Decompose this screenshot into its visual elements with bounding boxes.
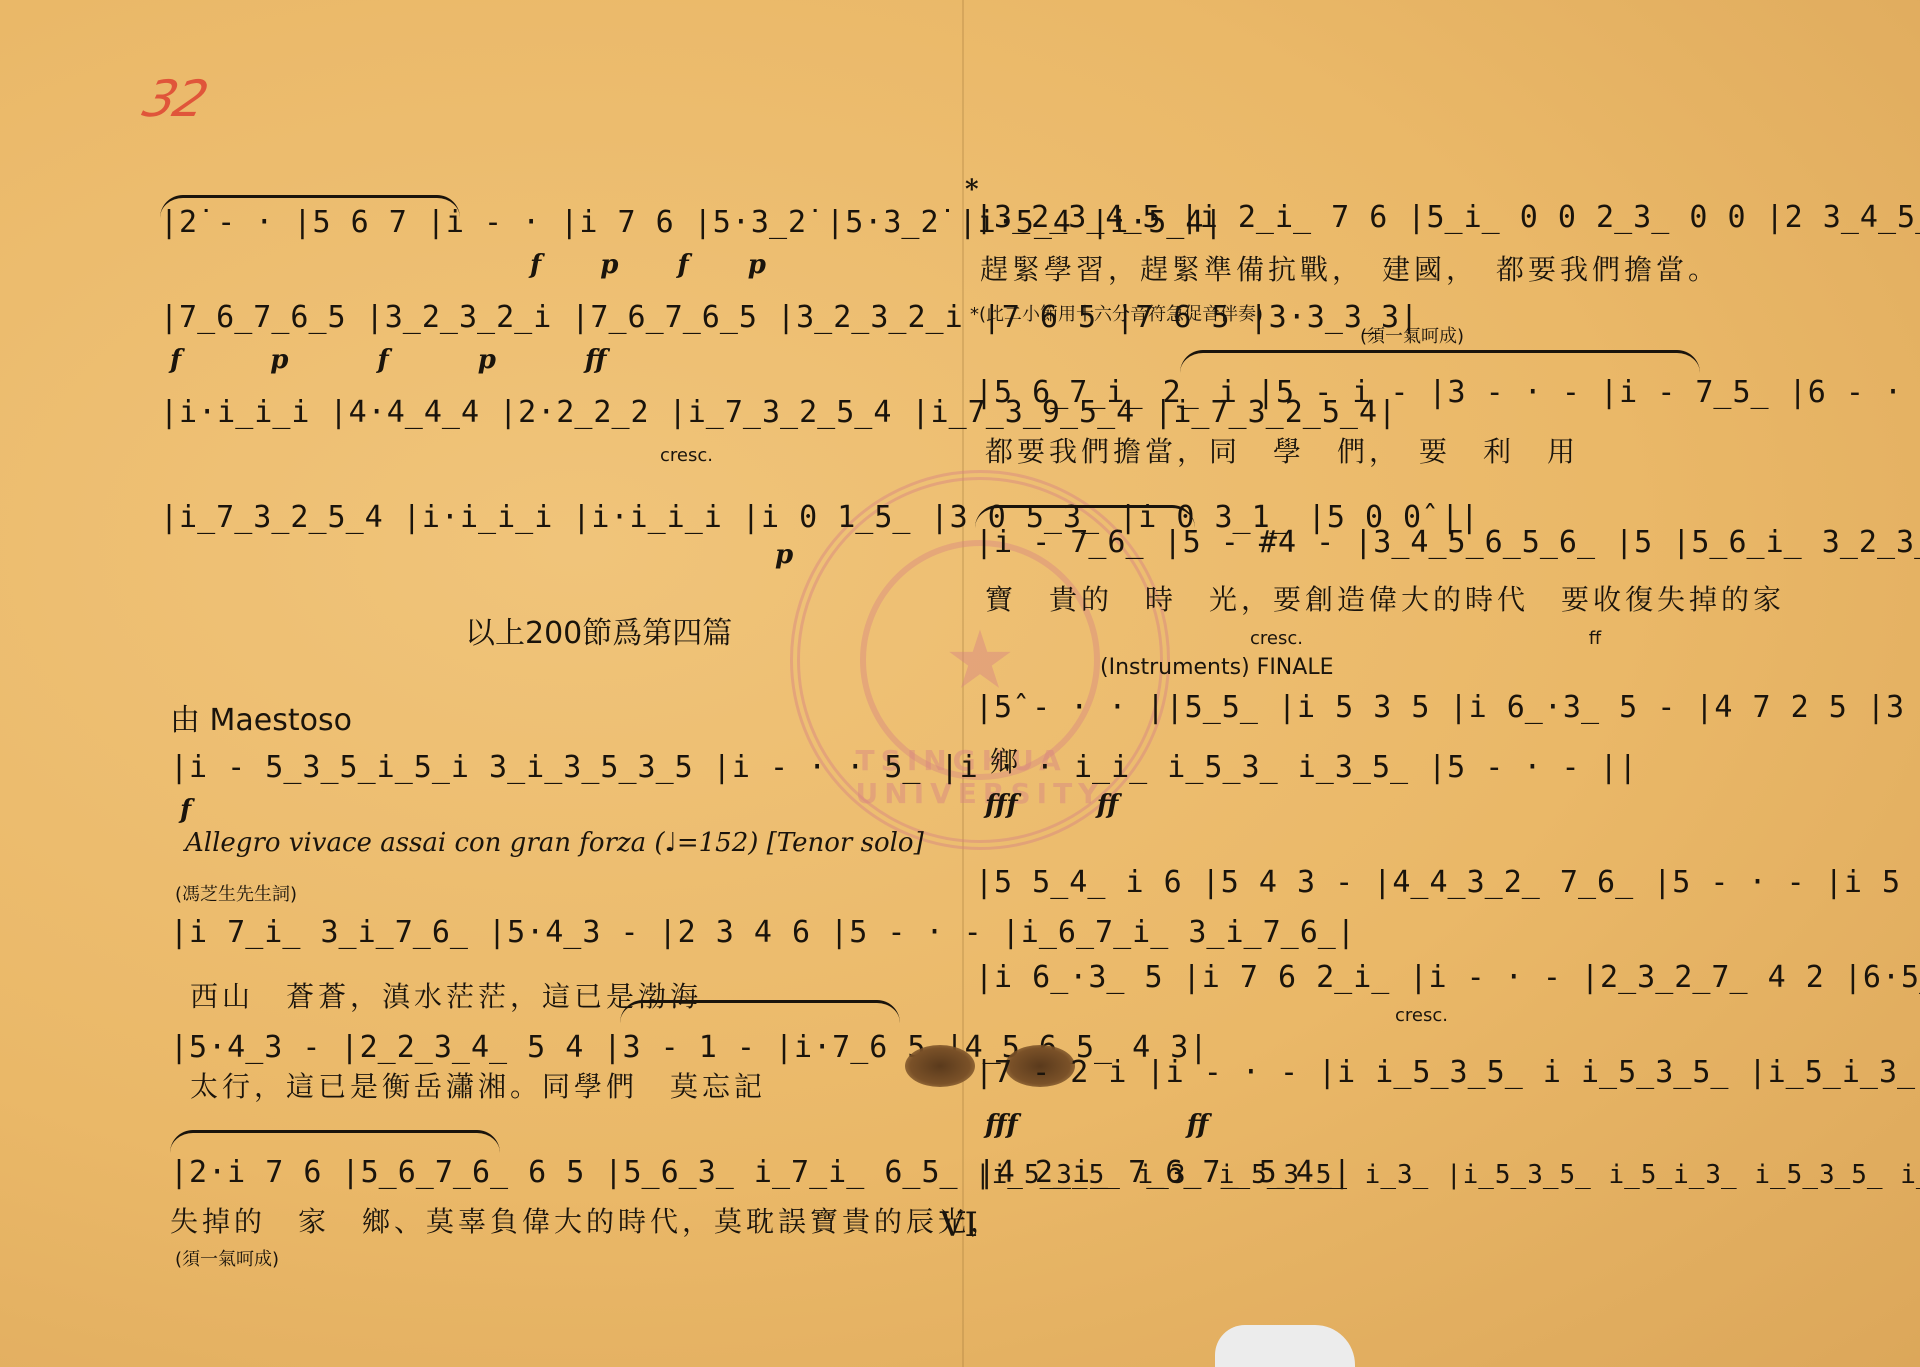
right-row-2-notes: |5 6̲7̲i̲ 2̲ i |5 - i - |3 - · - |i - 7̲… — [975, 375, 1920, 410]
right-row-4-notes: |5̂ - · · ||5̲5̲ |i 5 3 5 |i 6̲·3̲ 5 - |… — [975, 690, 1920, 725]
verse-row-3-lyrics: 失掉的 家 鄉、莫辜負偉大的時代，莫耽誤寶貴的辰光， — [170, 1200, 1002, 1240]
right-row-7-notes: |7 - 2 i |i - · - |i i̲5̲3̲5̲ i i̲5̲3̲5̲… — [975, 1055, 1920, 1090]
right-row-3-lyrics: 寶 貴的 時 光，要創造偉大的時代 要收復失掉的家 — [985, 578, 1785, 618]
right-row-3-dynamics: cresc. ff — [1250, 628, 1601, 649]
stain-mark — [905, 1045, 975, 1087]
slur-mark — [620, 1000, 900, 1023]
finale-heading: (Instruments) FINALE — [1100, 655, 1333, 680]
right-row-3-notes: |i - 7̲6̲ |5 - #4 - |3̲4̲5̲6̲5̲6̲ |5 |5̲… — [975, 525, 1920, 560]
right-row-4-dynamics: fff ff — [985, 790, 1118, 820]
right-row-6-cresc: cresc. — [1395, 1005, 1448, 1026]
breath-note: (須一氣呵成) — [175, 1245, 279, 1271]
cresc-marking: cresc. — [660, 445, 713, 466]
right-row-1-notes: |3̲2̲3̲4̲5 |i 2̲i̲ 7 6 |5̲i̲ 0 0 2̲3̲ 0 … — [975, 200, 1920, 235]
verse-row-2-lyrics: 太行，這已是衡岳瀟湘。同學們 莫忘記 — [190, 1065, 766, 1105]
verse-row-1-notes: |i 7̲i̲ 3̲i̲7̲6̲ |5·4̲3 - |2 3 4 6 |5 - … — [170, 915, 1356, 950]
right-row-6-notes: |i 6̲·3̲ 5 |i 7 6 2̲i̲ |i - · - |2̲3̲2̲7… — [975, 960, 1920, 995]
tempo-marking: Allegro vivace assai con gran forza (♩=1… — [185, 828, 924, 858]
footnote-text: *(此二小節用十六分音符急促音伴奏) — [970, 300, 1263, 326]
dynamics-row-1: f p f p — [530, 250, 766, 280]
paper-tear — [1215, 1325, 1355, 1367]
section-marker: VI — [940, 1205, 978, 1245]
right-row-4-lyrics: 鄉 — [990, 740, 1022, 780]
right-row-1-lyrics: 趕緊學習，趕緊準備抗戰， 建國， 都要我們擔當。 — [980, 248, 1720, 288]
right-row-2-lyrics: 都要我們擔當，同 學 們， 要 利 用 — [985, 430, 1579, 470]
section-heading-maestoso: 由 Maestoso — [170, 695, 352, 739]
dynamics-row-2: f p f p ff — [170, 345, 606, 375]
breath-annotation: (須一氣呵成) — [1360, 322, 1464, 348]
maestoso-row: |i - 5̲3̲5̲i̲5̲i 3̲i̲3̲5̲3̲5 |i - · · 5̲… — [170, 750, 1638, 785]
slur-mark — [1180, 350, 1700, 373]
dynamics-row-4: p — [775, 540, 793, 570]
maestoso-dynamics: f — [180, 795, 191, 825]
section-end-note: 以上200節爲第四篇 — [465, 608, 732, 652]
right-row-7-dynamics: fff ff — [985, 1110, 1208, 1140]
slur-mark — [170, 1130, 500, 1153]
lyricist-credit: (馮芝生先生詞) — [175, 880, 297, 906]
right-row-8-notes: |i̲5̲3̲5̲ i̲3̲ i̲5̲3̲5̲ i̲3̲ |i̲5̲3̲5̲ i… — [975, 1160, 1920, 1190]
right-row-5-notes: |5 5̲4̲ i 6 |5 4 3 - |4̲4̲3̲2̲ 7̲6̲ |5 -… — [975, 865, 1920, 900]
